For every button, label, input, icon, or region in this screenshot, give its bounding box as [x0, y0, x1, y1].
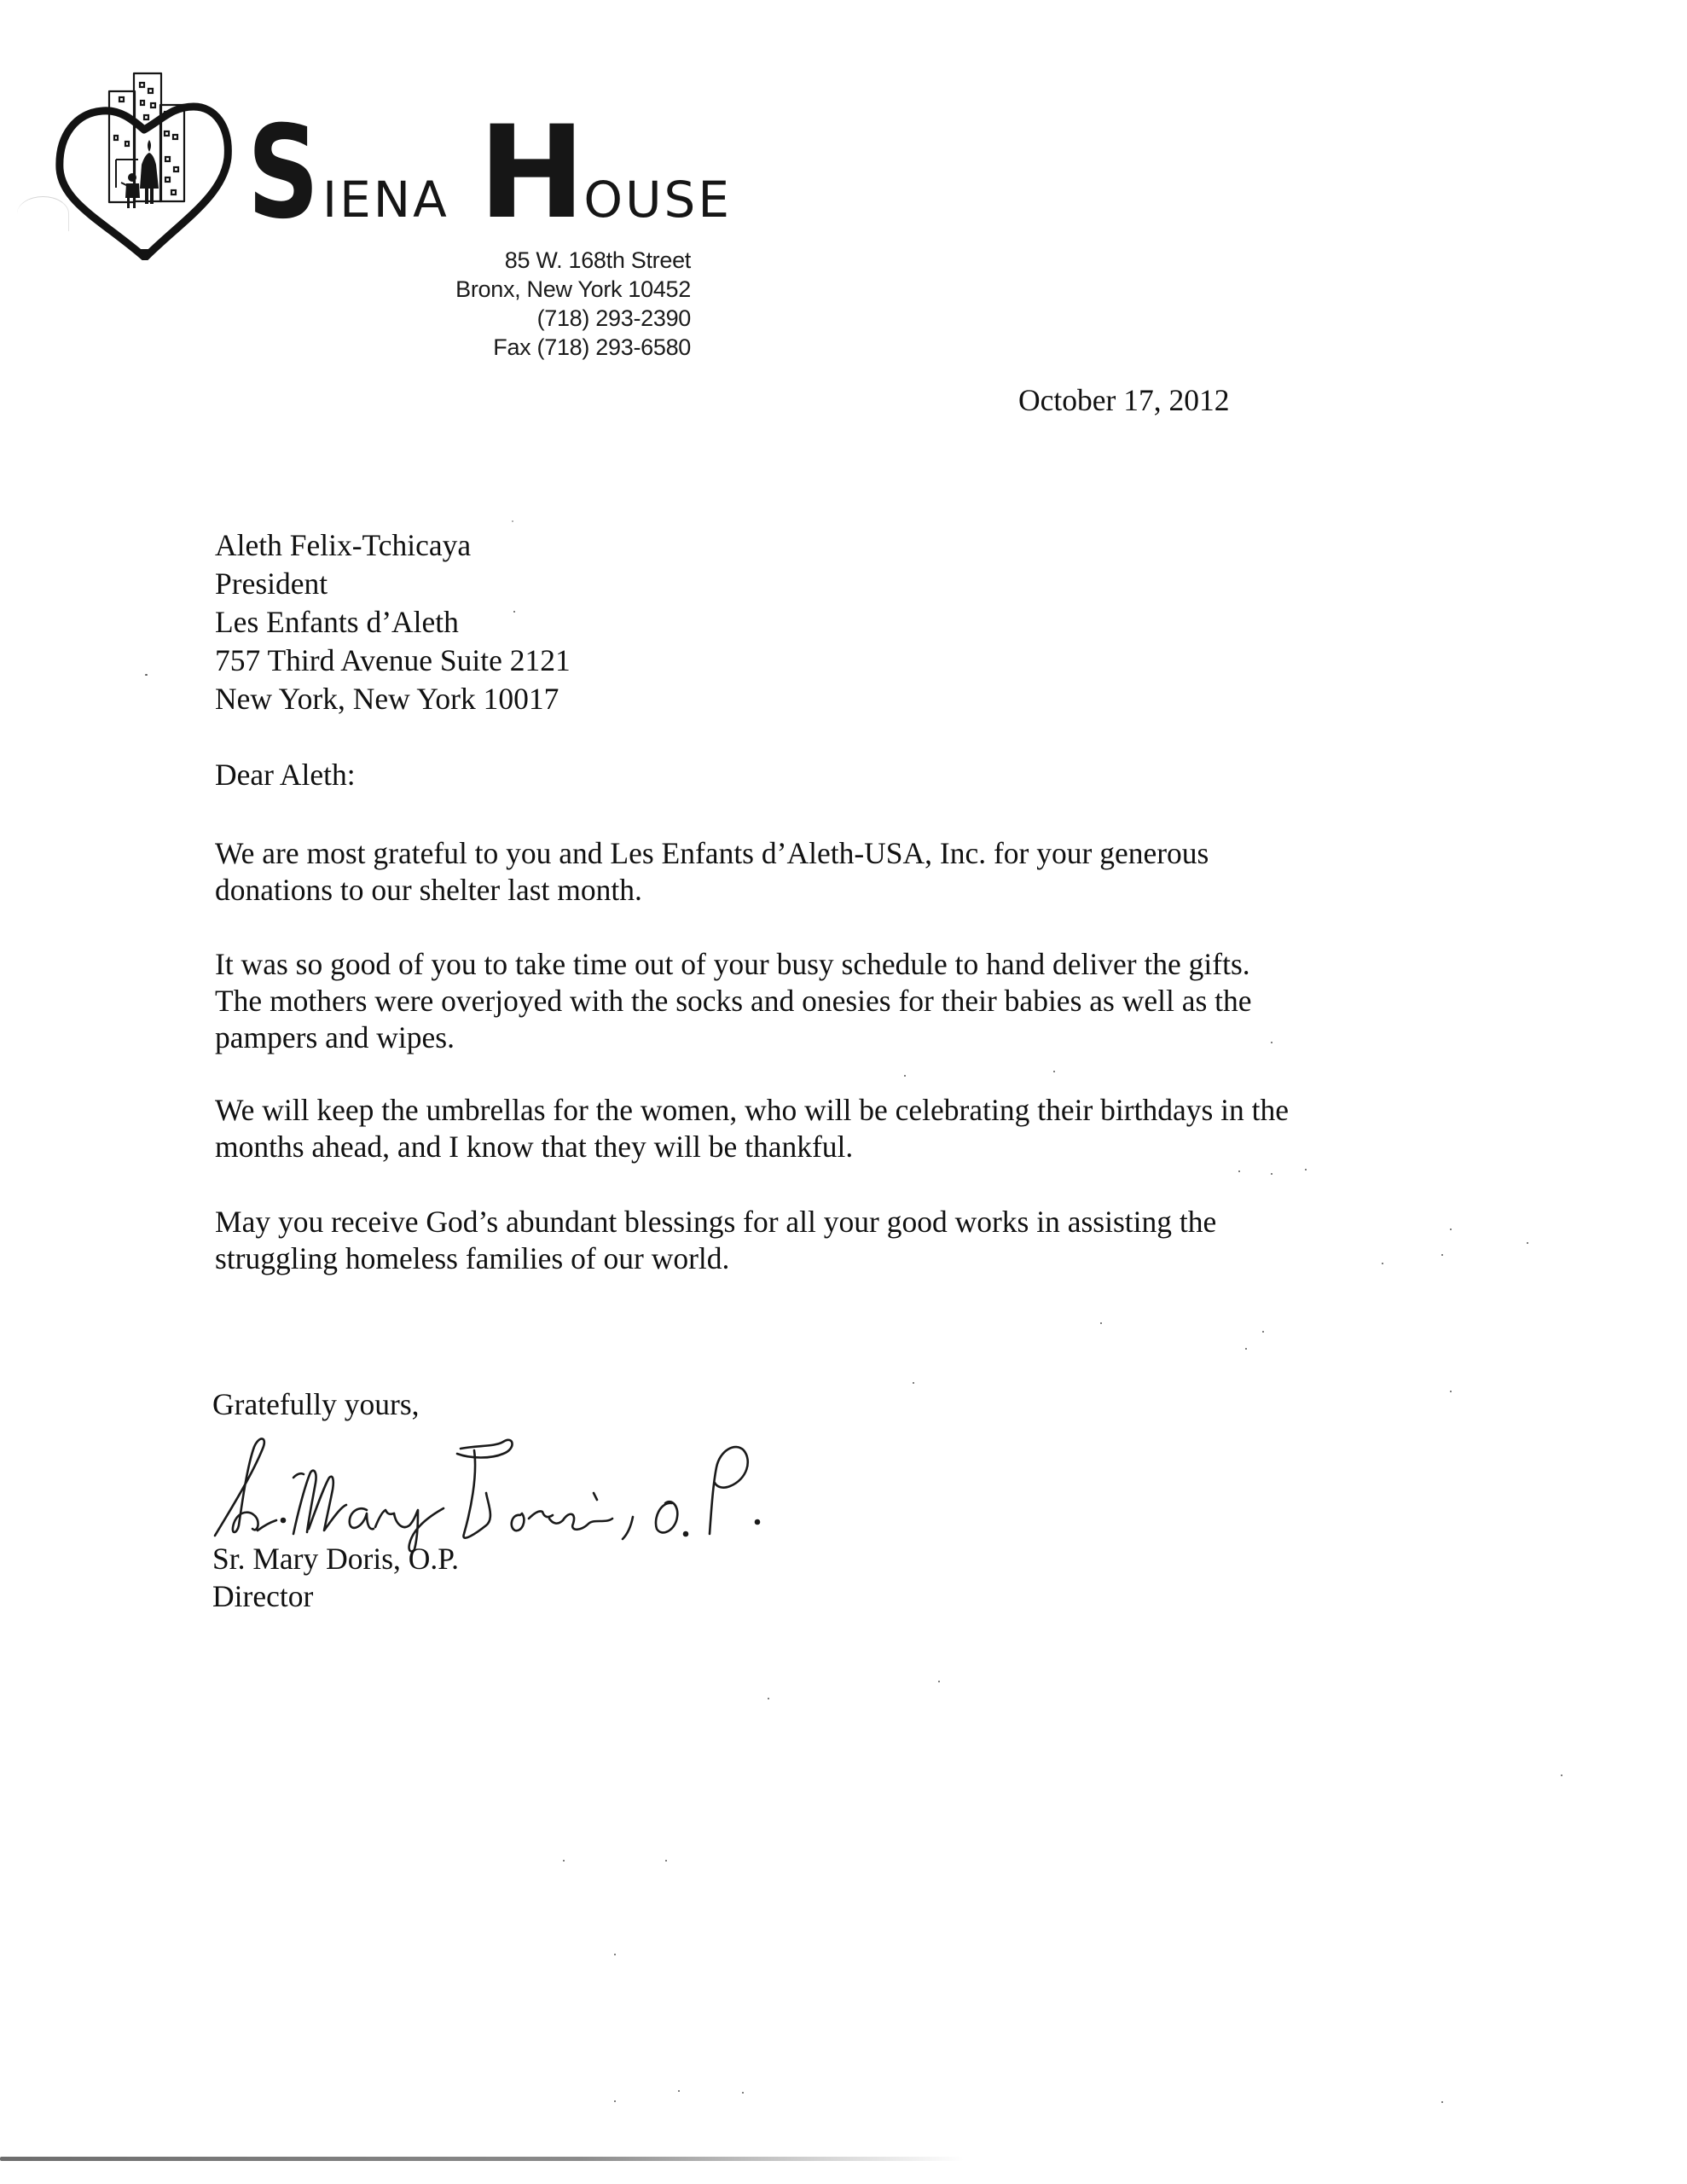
- wordmark-iena: IENA: [322, 175, 449, 224]
- organization-wordmark: SIENAHOUSE: [247, 109, 732, 229]
- salutation: Dear Aleth:: [215, 757, 356, 793]
- letterhead-fax: Fax (718) 293-6580: [358, 333, 691, 362]
- paragraph-line: We will keep the umbrellas for the women…: [215, 1092, 1426, 1129]
- handwritten-signature: Sr. Mary Doris, O.P.: [205, 1425, 785, 1553]
- wordmark-ouse: OUSE: [583, 175, 732, 224]
- scan-smudge: [17, 196, 69, 231]
- recipient-organization: Les Enfants d’Aleth: [215, 603, 571, 642]
- signer-title: Director: [212, 1577, 459, 1615]
- recipient-block: Aleth Felix-Tchicaya President Les Enfan…: [215, 526, 571, 718]
- body-paragraph-4: May you receive God’s abundant blessings…: [215, 1204, 1426, 1277]
- paragraph-line: It was so good of you to take time out o…: [215, 946, 1426, 983]
- paragraph-line: struggling homeless families of our worl…: [215, 1240, 1426, 1277]
- recipient-title: President: [215, 565, 571, 603]
- letter-date: October 17, 2012: [1018, 382, 1229, 418]
- paragraph-line: donations to our shelter last month.: [215, 872, 1426, 909]
- letterhead-address: 85 W. 168th Street Bronx, New York 10452…: [358, 246, 691, 362]
- signer-block: Sr. Mary Doris, O.P. Director: [212, 1540, 459, 1615]
- paragraph-line: months ahead, and I know that they will …: [215, 1129, 1426, 1165]
- body-paragraph-2: It was so good of you to take time out o…: [215, 946, 1426, 1056]
- letterhead-city: Bronx, New York 10452: [358, 275, 691, 304]
- siena-house-logo-icon: [53, 68, 236, 260]
- paragraph-line: We are most grateful to you and Les Enfa…: [215, 835, 1426, 872]
- body-paragraph-3: We will keep the umbrellas for the women…: [215, 1092, 1426, 1165]
- recipient-city: New York, New York 10017: [215, 680, 571, 718]
- paragraph-line: May you receive God’s abundant blessings…: [215, 1204, 1426, 1240]
- recipient-street: 757 Third Avenue Suite 2121: [215, 642, 571, 680]
- recipient-name: Aleth Felix-Tchicaya: [215, 526, 571, 565]
- letterhead-street: 85 W. 168th Street: [358, 246, 691, 275]
- scan-edge-line: [0, 2157, 964, 2161]
- signer-name: Sr. Mary Doris, O.P.: [212, 1540, 459, 1577]
- wordmark-initial-h: H: [478, 109, 584, 237]
- paragraph-line: pampers and wipes.: [215, 1019, 1426, 1056]
- paragraph-line: The mothers were overjoyed with the sock…: [215, 983, 1426, 1019]
- letterhead-phone: (718) 293-2390: [358, 304, 691, 333]
- body-paragraph-1: We are most grateful to you and Les Enfa…: [215, 835, 1426, 909]
- closing: Gratefully yours,: [212, 1386, 420, 1422]
- wordmark-initial-s: S: [247, 109, 318, 237]
